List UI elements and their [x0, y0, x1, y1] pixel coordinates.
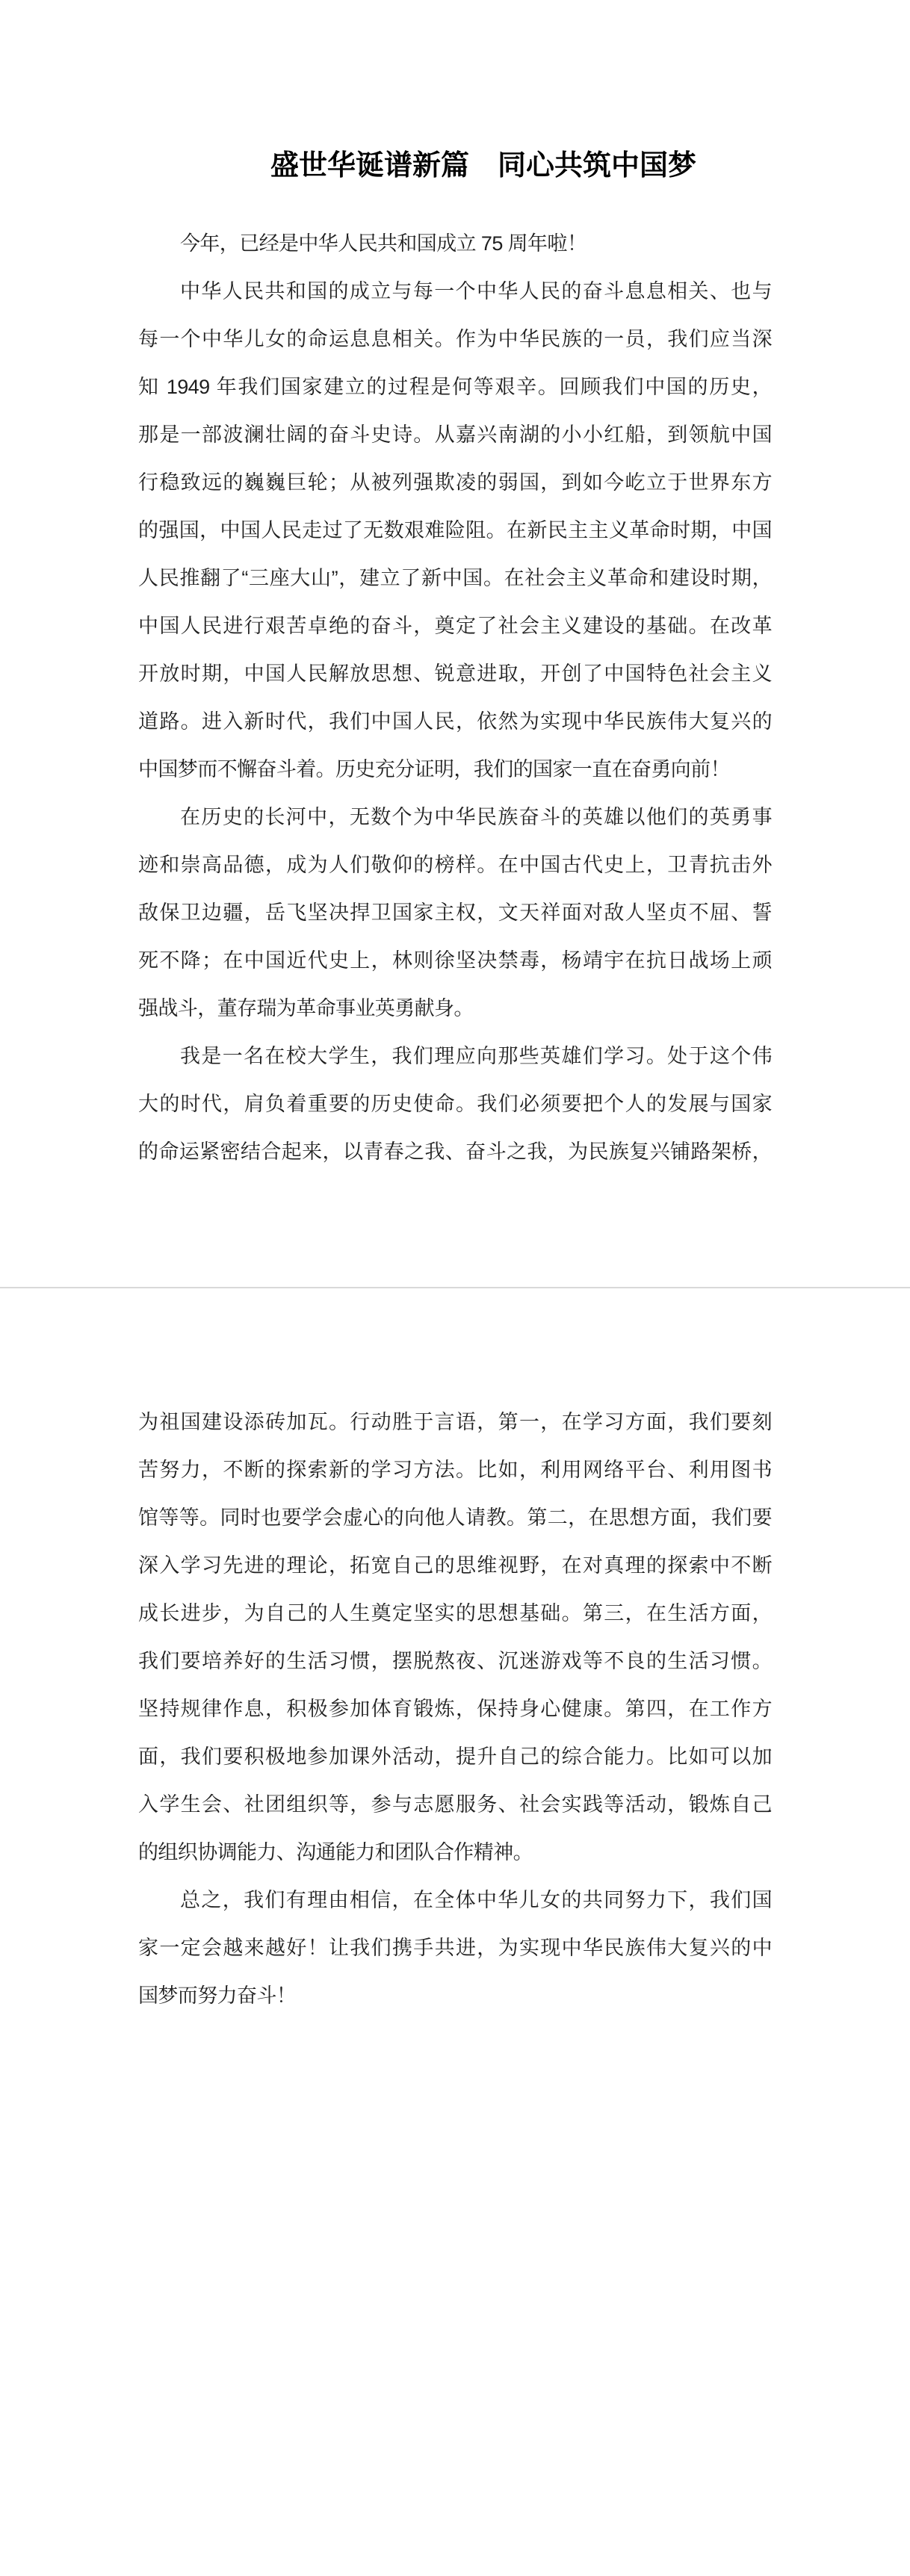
text-line: 人民推翻了“三座大山”，建立了新中国。在社会主义革命和建设时期， — [138, 554, 772, 602]
text-line: 成长进步，为自己的人生奠定坚实的思想基础。第三，在生活方面， — [138, 1589, 772, 1637]
page-2: 为祖国建设添砖加瓦。行动胜于言语，第一，在学习方面，我们要刻苦努力，不断的探索新… — [0, 1288, 910, 2576]
page-1: 盛世华诞谱新篇 同心共筑中国梦 今年，已经是中华人民共和国成立 75 周年啦！中… — [0, 0, 910, 1287]
text-line: 的组织协调能力、沟通能力和团队合作精神。 — [138, 1828, 772, 1876]
text-line: 的强国，中国人民走过了无数艰难险阻。在新民主主义革命时期，中国 — [138, 506, 772, 554]
text-line: 我们要培养好的生活习惯，摆脱熬夜、沉迷游戏等不良的生活习惯。 — [138, 1637, 772, 1685]
text-line: 中国梦而不懈奋斗着。历史充分证明，我们的国家一直在奋勇向前！ — [138, 745, 772, 793]
text-line: 为祖国建设添砖加瓦。行动胜于言语，第一，在学习方面，我们要刻 — [138, 1398, 772, 1446]
text-line: 道路。进入新时代，我们中国人民，依然为实现中华民族伟大复兴的 — [138, 698, 772, 745]
text-line: 知 1949 年我们国家建立的过程是何等艰辛。回顾我们中国的历史， — [138, 363, 772, 411]
text-line: 死不降；在中国近代史上，林则徐坚决禁毒，杨靖宇在抗日战场上顽 — [138, 937, 772, 984]
document-title: 盛世华诞谱新篇 同心共筑中国梦 — [138, 146, 772, 185]
text-line: 中华人民共和国的成立与每一个中华人民的奋斗息息相关、也与 — [138, 267, 772, 315]
text-line: 家一定会越来越好！让我们携手共进，为实现中华民族伟大复兴的中 — [138, 1924, 772, 1972]
text-line: 那是一部波澜壮阔的奋斗史诗。从嘉兴南湖的小小红船，到领航中国 — [138, 411, 772, 459]
text-line: 馆等等。同时也要学会虚心的向他人请教。第二，在思想方面，我们要 — [138, 1494, 772, 1542]
text-line: 强战斗，董存瑞为革命事业英勇献身。 — [138, 984, 772, 1032]
text-line: 大的时代，肩负着重要的历史使命。我们必须要把个人的发展与国家 — [138, 1080, 772, 1128]
text-line: 入学生会、社团组织等，参与志愿服务、社会实践等活动，锻炼自己 — [138, 1781, 772, 1828]
text-line: 开放时期，中国人民解放思想、锐意进取，开创了中国特色社会主义 — [138, 650, 772, 698]
text-line: 我是一名在校大学生，我们理应向那些英雄们学习。处于这个伟 — [138, 1032, 772, 1080]
text-line: 迹和崇高品德，成为人们敬仰的榜样。在中国古代史上，卫青抗击外 — [138, 841, 772, 889]
text-line: 面，我们要积极地参加课外活动，提升自己的综合能力。比如可以加 — [138, 1733, 772, 1781]
text-line: 在历史的长河中，无数个为中华民族奋斗的英雄以他们的英勇事 — [138, 793, 772, 841]
text-line: 今年，已经是中华人民共和国成立 75 周年啦！ — [138, 220, 772, 267]
text-line: 国梦而努力奋斗！ — [138, 1972, 772, 2020]
document-view: 盛世华诞谱新篇 同心共筑中国梦 今年，已经是中华人民共和国成立 75 周年啦！中… — [0, 0, 910, 2576]
text-line: 行稳致远的巍巍巨轮；从被列强欺凌的弱国，到如今屹立于世界东方 — [138, 459, 772, 506]
page-2-body: 为祖国建设添砖加瓦。行动胜于言语，第一，在学习方面，我们要刻苦努力，不断的探索新… — [138, 1398, 772, 2020]
text-line: 苦努力，不断的探索新的学习方法。比如，利用网络平台、利用图书 — [138, 1446, 772, 1494]
page-1-body: 今年，已经是中华人民共和国成立 75 周年啦！中华人民共和国的成立与每一个中华人… — [138, 220, 772, 1176]
text-line: 深入学习先进的理论，拓宽自己的思维视野，在对真理的探索中不断 — [138, 1542, 772, 1589]
text-line: 的命运紧密结合起来，以青春之我、奋斗之我，为民族复兴铺路架桥， — [138, 1128, 772, 1176]
text-line: 每一个中华儿女的命运息息相关。作为中华民族的一员，我们应当深 — [138, 315, 772, 363]
text-line: 中国人民进行艰苦卓绝的奋斗，奠定了社会主义建设的基础。在改革 — [138, 602, 772, 650]
text-line: 敌保卫边疆，岳飞坚决捍卫国家主权，文天祥面对敌人坚贞不屈、誓 — [138, 889, 772, 937]
text-line: 坚持规律作息，积极参加体育锻炼，保持身心健康。第四，在工作方 — [138, 1685, 772, 1733]
text-line: 总之，我们有理由相信，在全体中华儿女的共同努力下，我们国 — [138, 1876, 772, 1924]
